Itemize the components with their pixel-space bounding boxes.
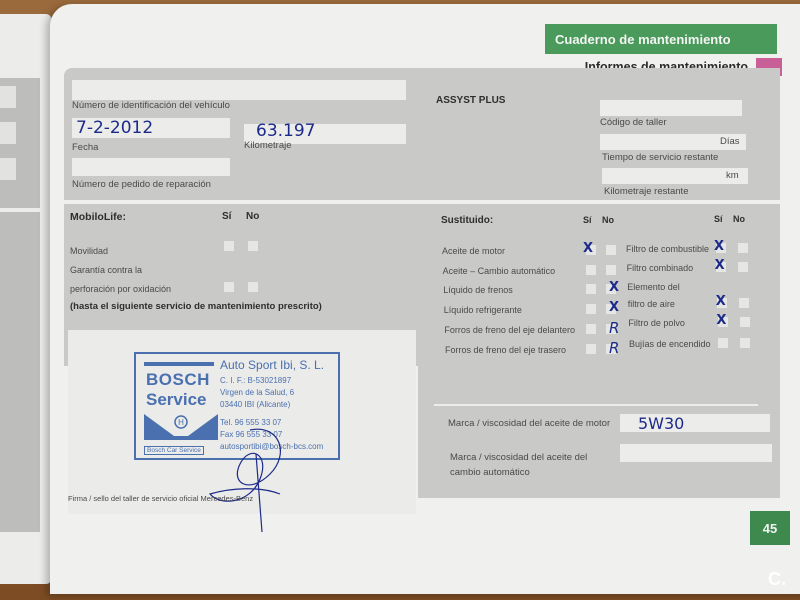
replaced-no-mark: X [609,301,619,314]
replaced-title: Sustituido: [441,215,493,226]
replaced-yes-mark: X [716,314,726,327]
replaced-no-mark: R [609,321,619,336]
stamp-brand: BOSCH [146,370,210,390]
transmission-oil-field[interactable] [620,444,772,462]
mileage-label: Kilometraje [244,140,292,151]
mobilolife-garantia-yes-checkbox[interactable] [224,282,234,292]
repair-order-label: Número de pedido de reparación [72,179,211,190]
replaced-item-label: Filtro de polvo [628,318,685,328]
stamp-cif: C. I. F.: B-53021897 [220,376,291,385]
date-value: 7-2-2012 [76,118,153,138]
replaced-yes-checkbox[interactable] [586,265,596,275]
mobilolife-yes-header: Sí [222,211,231,222]
replaced-no-checkbox[interactable] [738,262,748,272]
remaining-time-label: Tiempo de servicio restante [602,152,718,163]
assyst-plus-title: ASSYST PLUS [436,95,505,106]
mileage-value: 63.197 [256,121,315,141]
mobilolife-title: MobiloLife: [70,211,126,223]
stamp-company: Auto Sport Ibi, S. L. [220,358,324,372]
previous-page-edge [0,14,52,584]
replaced-yes-checkbox[interactable] [586,344,596,354]
previous-page-field [0,158,16,180]
stamp-address: Virgen de la Salud, 6 [220,388,294,397]
replaced-item-label: Elemento del [627,282,680,292]
previous-page-field [0,86,16,108]
vin-field[interactable] [72,80,406,100]
oil-divider [434,404,758,406]
replaced-no-checkbox[interactable] [606,265,616,275]
replaced-no-checkbox[interactable] [738,243,748,253]
replaced-yes-mark: X [583,242,593,255]
replaced-no-checkbox[interactable] [606,245,616,255]
mobilolife-note: (hasta el siguiente servicio de mantenim… [70,301,322,312]
replaced-item-label: Forros de freno del eje trasero [445,345,566,355]
stamp-city: 03440 IBI (Alicante) [220,400,290,409]
date-label: Fecha [72,142,98,153]
stamp-service: Service [146,390,207,410]
transmission-oil-label-2: cambio automático [450,467,530,478]
signature-label: Firma / sello del taller de servicio ofi… [68,494,253,503]
oil-panel [418,366,780,498]
replaced-item-label: filtro de aire [628,299,675,309]
replaced-no-header: No [602,215,614,225]
section-title: Cuaderno de mantenimiento [545,24,777,54]
watermark-logo: C. [768,569,786,590]
replaced-yes-mark: X [716,295,726,308]
replaced-item-label: Forros de freno del eje delantero [444,325,575,335]
replaced-no-header-right: No [733,214,745,224]
mobilolife-movilidad-yes-checkbox[interactable] [224,241,234,251]
replaced-yes-checkbox[interactable] [586,304,596,314]
replaced-no-mark: X [609,281,619,294]
replaced-no-checkbox[interactable] [740,338,750,348]
replaced-yes-mark: X [715,259,725,272]
replaced-yes-header: Sí [583,215,592,225]
remaining-time-unit: Días [720,136,740,147]
previous-page-field [0,122,16,144]
replaced-no-checkbox[interactable] [740,317,750,327]
replaced-yes-checkbox[interactable] [586,284,596,294]
mobilolife-no-header: No [246,211,259,222]
remaining-km-unit: km [726,170,739,181]
replaced-no-mark: R [609,341,619,356]
engine-oil-label: Marca / viscosidad del aceite de motor [448,418,610,429]
mobilolife-movilidad-no-checkbox[interactable] [248,241,258,251]
replaced-yes-checkbox[interactable] [718,338,728,348]
replaced-no-checkbox[interactable] [739,298,749,308]
stamp-bar [144,362,214,366]
replaced-item-label: Filtro de combustible [626,244,709,254]
remaining-km-label: Kilometraje restante [604,186,688,197]
mobilolife-item-label: Movilidad [70,246,108,256]
page-number: 45 [750,511,790,545]
signature [190,424,310,534]
workshop-code-field[interactable] [600,100,742,116]
previous-page-panel [0,212,40,532]
replaced-item-label: Aceite de motor [442,246,505,256]
replaced-item-label: Aceite – Cambio automático [443,266,556,276]
replaced-item-label: Filtro combinado [627,263,694,273]
mobilolife-item-label: perforación por oxidación [70,284,171,294]
maintenance-page: Cuaderno de mantenimiento Informes de ma… [50,4,800,594]
repair-order-field[interactable] [72,158,230,176]
svg-text:H: H [178,418,184,427]
mobilolife-garantia-no-checkbox[interactable] [248,282,258,292]
replaced-item-label: Bujías de encendido [629,339,711,349]
workshop-code-label: Código de taller [600,117,667,128]
replaced-yes-checkbox[interactable] [586,324,596,334]
replaced-item-label: Líquido de frenos [443,285,513,295]
vin-label: Número de identificación del vehículo [72,100,230,111]
replaced-item-label: Líquido refrigerante [444,305,522,315]
replaced-yes-header-right: Sí [714,214,723,224]
transmission-oil-label: Marca / viscosidad del aceite del [450,452,587,463]
engine-oil-value: 5W30 [638,414,684,433]
replaced-yes-mark: X [714,240,724,253]
mobilolife-item-label: Garantía contra la [70,265,142,275]
